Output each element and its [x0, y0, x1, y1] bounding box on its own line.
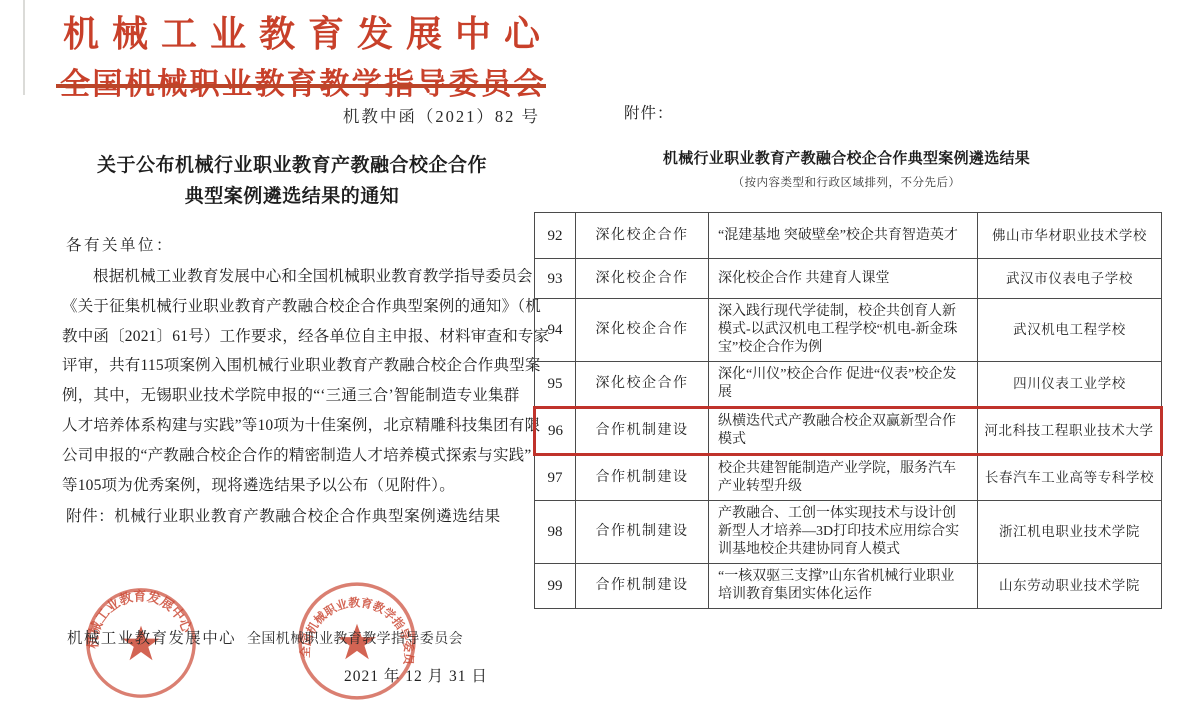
row-case-title: “一核双驱三支撑”山东省机械行业职业培训教育集团实体化运作: [709, 564, 978, 609]
row-case-title: 纵横迭代式产教融合校企双赢新型合作模式: [709, 408, 978, 455]
row-school: 四川仪表工业学校: [978, 362, 1162, 408]
row-number: 98: [535, 501, 576, 564]
row-case-title: 深化“川仪”校企合作 促进“仪表”校企发展: [709, 362, 978, 408]
table-row-highlighted: 96 合作机制建设 纵横迭代式产教融合校企双赢新型合作模式 河北科技工程职业技术…: [535, 408, 1162, 455]
row-case-title: 深入践行现代学徒制，校企共创育人新模式-以武汉机电工程学校“机电-新金珠宝”校企…: [709, 299, 978, 362]
row-case-title: 产教融合、工创一体实现技术与设计创新型人才培养—3D打印技术应用综合实训基地校企…: [709, 501, 978, 564]
row-number: 92: [535, 213, 576, 259]
letterhead: 机械工业教育发展中心 全国机械职业教育教学指导委员会: [57, 6, 549, 103]
attachment-note: 附件：机械行业职业教育产教融合校企合作典型案例遴选结果: [66, 504, 536, 526]
attachment-label: 附件：: [624, 101, 674, 123]
row-category: 深化校企合作: [576, 299, 709, 362]
row-number: 96: [535, 408, 576, 455]
body-line: 例，其中，无锡职业技术学院申报的“‘三通三合’智能制造专业集群: [62, 381, 524, 411]
signer-left: 机械工业教育发展中心: [67, 626, 236, 648]
notice-title: 关于公布机械行业职业教育产教融合校企合作 典型案例遴选结果的通知: [62, 150, 522, 212]
row-school: 佛山市华材职业技术学校: [978, 213, 1162, 259]
table-row: 94 深化校企合作 深入践行现代学徒制，校企共创育人新模式-以武汉机电工程学校“…: [535, 299, 1162, 362]
row-category: 合作机制建设: [576, 455, 709, 501]
scanned-notice-document: 机械工业教育发展中心 全国机械职业教育教学指导委员会 机教中函（2021）82 …: [0, 0, 1179, 720]
signer-right: 全国机械职业教育教学指导委员会: [247, 628, 463, 648]
notice-body: 根据机械工业教育发展中心和全国机械职业教育教学指导委员会 《关于征集机械行业职业…: [62, 262, 524, 500]
row-category: 深化校企合作: [576, 259, 709, 299]
row-case-title: 深化校企合作 共建育人课堂: [709, 259, 978, 299]
attachment-title: 机械行业职业教育产教融合校企合作典型案例遴选结果: [533, 147, 1160, 168]
row-number: 93: [535, 259, 576, 299]
notice-title-line-1: 关于公布机械行业职业教育产教融合校企合作: [62, 150, 522, 181]
row-school: 武汉机电工程学校: [978, 299, 1162, 362]
attachment-subtitle: （按内容类型和行政区域排列，不分先后）: [533, 174, 1160, 190]
body-line: 《关于征集机械行业职业教育产教融合校企合作典型案例的通知》（机: [62, 292, 524, 322]
table-row: 98 合作机制建设 产教融合、工创一体实现技术与设计创新型人才培养—3D打印技术…: [535, 501, 1162, 564]
row-school: 山东劳动职业技术学院: [978, 564, 1162, 609]
table-row: 99 合作机制建设 “一核双驱三支撑”山东省机械行业职业培训教育集团实体化运作 …: [535, 564, 1162, 609]
seal-right-text: 全国机械职业教育教学指导委员会: [296, 578, 416, 667]
letterhead-rule: [56, 84, 546, 88]
row-school: 武汉市仪表电子学校: [978, 259, 1162, 299]
row-category: 合作机制建设: [576, 564, 709, 609]
body-line: 教中函〔2021〕61号）工作要求，经各单位自主申报、材料审查和专家: [62, 322, 524, 352]
row-number: 99: [535, 564, 576, 609]
row-number: 94: [535, 299, 576, 362]
body-line: 根据机械工业教育发展中心和全国机械职业教育教学指导委员会: [62, 262, 524, 292]
row-number: 95: [535, 362, 576, 408]
table-row: 93 深化校企合作 深化校企合作 共建育人课堂 武汉市仪表电子学校: [535, 259, 1162, 299]
svg-text:全国机械职业教育教学指导委员会: 全国机械职业教育教学指导委员会: [296, 578, 416, 667]
notice-title-line-2: 典型案例遴选结果的通知: [62, 181, 522, 212]
row-school: 浙江机电职业技术学院: [978, 501, 1162, 564]
body-line: 等105项为优秀案例，现将遴选结果予以公布（见附件）。: [62, 471, 524, 501]
row-case-title: “混建基地 突破壁垒”校企共育智造英才: [709, 213, 978, 259]
row-category: 深化校企合作: [576, 213, 709, 259]
salutation: 各有关单位：: [66, 233, 174, 255]
row-school: 河北科技工程职业技术大学: [978, 408, 1162, 455]
sign-date: 2021 年 12 月 31 日: [344, 664, 488, 686]
table-row: 92 深化校企合作 “混建基地 突破壁垒”校企共育智造英才 佛山市华材职业技术学…: [535, 213, 1162, 259]
row-category: 合作机制建设: [576, 408, 709, 455]
body-line: 评审，共有115项案例入围机械行业职业教育产教融合校企合作典型案: [62, 351, 524, 381]
row-category: 合作机制建设: [576, 501, 709, 564]
selection-results-table: 92 深化校企合作 “混建基地 突破壁垒”校企共育智造英才 佛山市华材职业技术学…: [533, 212, 1163, 609]
table-row: 97 合作机制建设 校企共建智能制造产业学院，服务汽车产业转型升级 长春汽车工业…: [535, 455, 1162, 501]
scan-edge-artifact: [23, 0, 25, 95]
letterhead-org-1: 机械工业教育发展中心: [63, 6, 549, 57]
row-number: 97: [535, 455, 576, 501]
row-case-title: 校企共建智能制造产业学院，服务汽车产业转型升级: [709, 455, 978, 501]
row-school: 长春汽车工业高等专科学校: [978, 455, 1162, 501]
document-number: 机教中函（2021）82 号: [62, 103, 540, 127]
table-row: 95 深化校企合作 深化“川仪”校企合作 促进“仪表”校企发展 四川仪表工业学校: [535, 362, 1162, 408]
body-line: 公司申报的“产教融合校企合作的精密制造人才培养模式探索与实践”: [62, 441, 524, 471]
row-category: 深化校企合作: [576, 362, 709, 408]
body-line: 人才培养体系构建与实践”等10项为十佳案例，北京精雕科技集团有限: [62, 411, 524, 441]
letterhead-org-2: 全国机械职业教育教学指导委员会: [57, 59, 549, 103]
